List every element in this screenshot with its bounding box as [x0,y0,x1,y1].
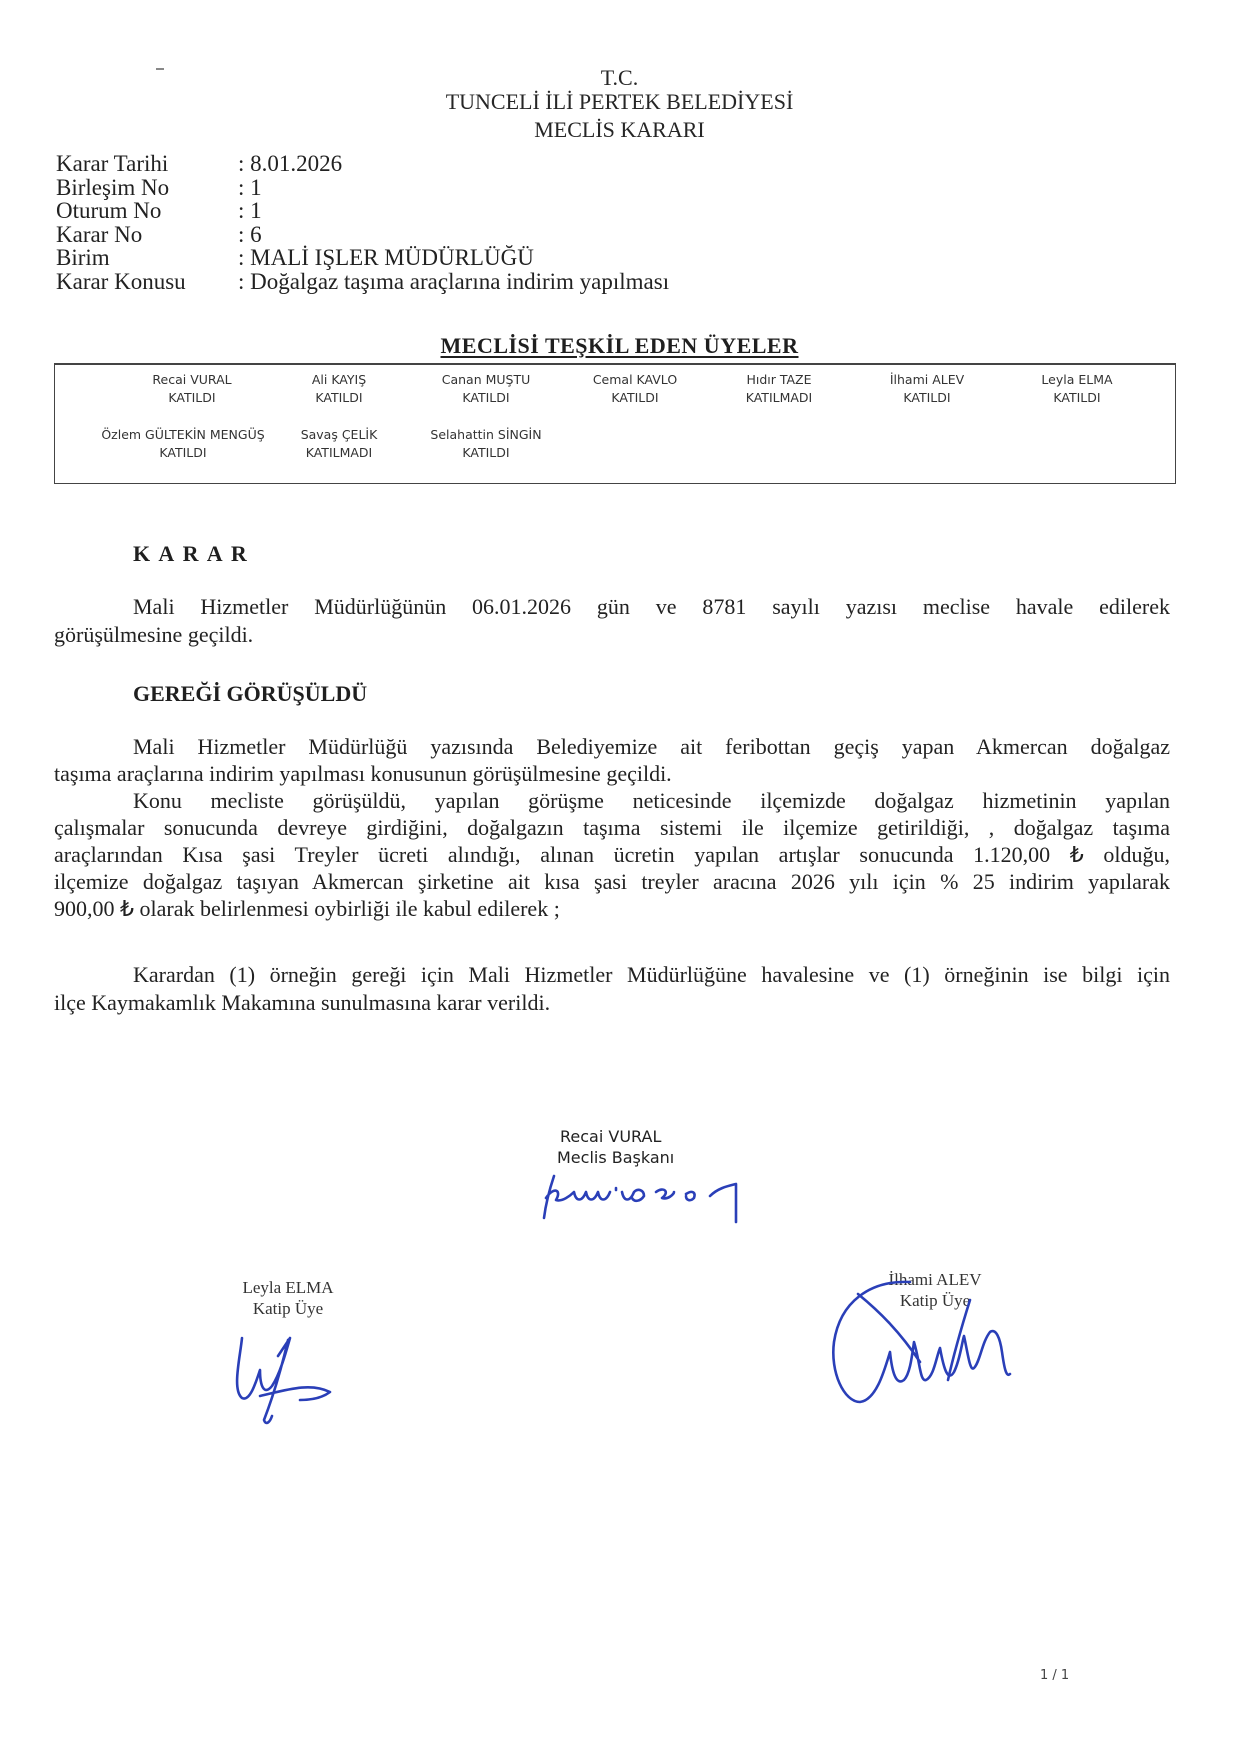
page-number: 1 / 1 [1040,1668,1069,1683]
body-line: taşıma araçlarına indirim yapılması konu… [54,761,672,787]
clerk1-title: Katip Üye [228,1299,348,1319]
member: Leyla ELMA KATILDI [987,371,1167,407]
body-line: Mali Hizmetler Müdürlüğü yazısında Beled… [133,734,1170,760]
meta-row-subject: Karar Konusu : Doğalgaz taşıma araçların… [56,270,669,294]
meta-value: : 1 [238,176,262,200]
member: Özlem GÜLTEKİN MENGÜŞ KATILDI [93,426,273,462]
meta-row-sitting: Oturum No : 1 [56,199,669,223]
meta-value: : 1 [238,199,262,223]
body-line: araçlarından Kısa şasi Treyler ücreti al… [54,842,1170,868]
body-line: Konu mecliste görüşüldü, yapılan görüşme… [133,788,1170,814]
decision-meta: Karar Tarihi : 8.01.2026 Birleşim No : 1… [56,152,669,293]
meta-row-decision-no: Karar No : 6 [56,223,669,247]
geregi-heading: GEREĞİ GÖRÜŞÜLDÜ [133,681,367,707]
karar-heading: K A R A R [133,541,249,567]
clerk1-name: Leyla ELMA [228,1278,348,1298]
member-status: KATILDI [93,444,273,462]
karar-paragraph-line: görüşülmesine geçildi. [54,622,253,648]
members-title: MECLİSİ TEŞKİL EDEN ÜYELER [0,333,1239,359]
member-status: KATILDI [396,444,576,462]
member-name: Selahattin SİNGİN [396,426,576,444]
meta-value: : 6 [238,223,262,247]
header-doc-title: MECLİS KARARI [0,118,1239,142]
meta-row-date: Karar Tarihi : 8.01.2026 [56,152,669,176]
header-municipality: TUNCELİ İLİ PERTEK BELEDİYESİ [0,90,1239,114]
meta-label: Birim [56,246,238,270]
body-line: ilçemize doğalgaz taşıyan Akmercan şirke… [54,869,1170,895]
meta-label: Oturum No [56,199,238,223]
meta-value: : Doğalgaz taşıma araçlarına indirim yap… [238,270,669,294]
members-title-text: MECLİSİ TEŞKİL EDEN ÜYELER [441,333,799,358]
president-signature [540,1168,780,1228]
meta-row-session: Birleşim No : 1 [56,176,669,200]
final-line: Karardan (1) örneğin gereği için Mali Hi… [133,962,1170,988]
member-name: Leyla ELMA [987,371,1167,389]
meta-label: Karar No [56,223,238,247]
karar-paragraph-line: Mali Hizmetler Müdürlüğünün 06.01.2026 g… [133,594,1170,620]
president-name: Recai VURAL [560,1127,661,1147]
clerk2-signature [830,1262,1070,1412]
meta-row-unit: Birim : MALİ IŞLER MÜDÜRLÜĞÜ [56,246,669,270]
meta-label: Karar Tarihi [56,152,238,176]
header-tc: T.C. [0,66,1239,90]
final-line: ilçe Kaymakamlık Makamına sunulmasına ka… [54,990,550,1016]
member-name: Özlem GÜLTEKİN MENGÜŞ [93,426,273,444]
meta-value: : 8.01.2026 [238,152,342,176]
members-box: Recai VURAL KATILDI Ali KAYIŞ KATILDI Ca… [54,363,1176,484]
member: Selahattin SİNGİN KATILDI [396,426,576,462]
president-title: Meclis Başkanı [557,1148,674,1168]
body-line: çalışmalar sonucunda devreye girdiğini, … [54,815,1170,841]
member-status: KATILDI [987,389,1167,407]
meta-label: Birleşim No [56,176,238,200]
clerk1-signature [230,1330,370,1440]
meta-label: Karar Konusu [56,270,238,294]
meta-value: : MALİ IŞLER MÜDÜRLÜĞÜ [238,246,534,270]
body-line: 900,00 ₺ olarak belirlenmesi oybirliği i… [54,896,560,922]
